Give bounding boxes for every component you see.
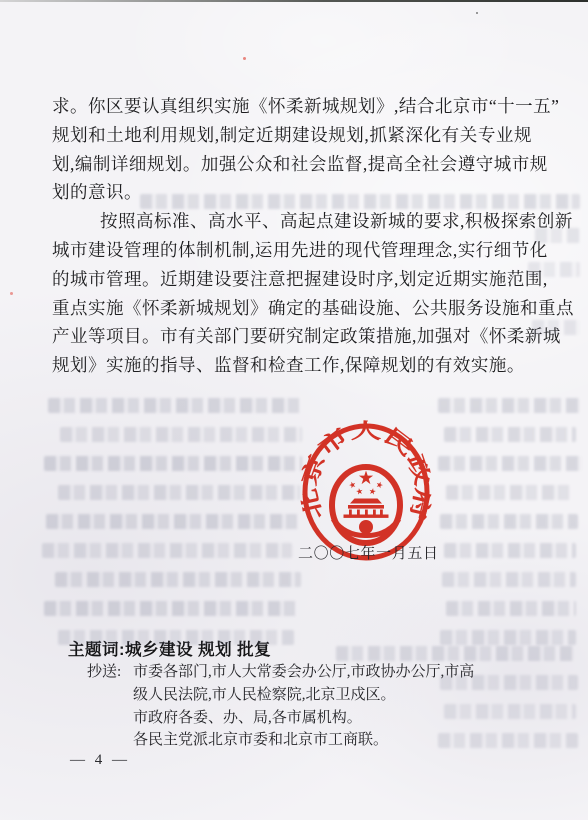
bleedthrough-artifact: [438, 456, 582, 471]
bleedthrough-artifact: [44, 601, 298, 616]
bleedthrough-artifact: [48, 398, 303, 413]
bleedthrough-artifact: [444, 427, 576, 442]
body-line: 城市建设管理的体制机制,运用先进的现代管理理念,实行细节化: [52, 236, 532, 265]
body-text: 求。你区要认真组织实施《怀柔新城规划》,结合北京市“十一五” 规划和土地利用规划…: [52, 92, 532, 380]
document-date: 二〇〇七年一月五日: [298, 544, 438, 564]
body-line: 规划》实施的指导、监督和检查工作,保障规划的有效实施。: [52, 351, 532, 380]
cc-line: 级人民法院,市人民检察院,北京卫戍区。: [133, 684, 537, 707]
scan-speck-artifact: [243, 57, 246, 60]
scan-speck-artifact: [476, 12, 478, 14]
bleedthrough-artifact: [336, 646, 574, 661]
document-page: 求。你区要认真组织实施《怀柔新城规划》,结合北京市“十一五” 规划和土地利用规划…: [0, 0, 588, 820]
bleedthrough-artifact: [440, 514, 578, 529]
bleedthrough-artifact: [446, 601, 576, 616]
bleedthrough-artifact: [438, 398, 580, 413]
subject-terms-line: 主题词:城乡建设 规划 批复: [68, 636, 271, 660]
body-line: 重点实施《怀柔新城规划》确定的基础设施、公共服务设施和重点: [52, 294, 532, 323]
cc-line: 市政府各委、办、局,各市属机构。: [133, 707, 537, 730]
page-number: — 4 —: [70, 752, 130, 769]
body-line: 求。你区要认真组织实施《怀柔新城规划》,结合北京市“十一五”: [52, 92, 532, 121]
body-line: 规划和土地利用规划,制定近期建设规划,抓紧深化有关专业规: [52, 121, 532, 150]
bleedthrough-artifact: [60, 427, 302, 442]
bleedthrough-artifact: [42, 543, 292, 558]
cc-line: 各民主党派北京市委和北京市工商联。: [133, 729, 537, 752]
bleedthrough-artifact: [44, 456, 302, 471]
body-line: 按照高标准、高水平、高起点建设新城的要求,积极探索创新: [52, 207, 532, 236]
bleedthrough-artifact: [446, 485, 574, 500]
cc-line: 市委各部门,市人大常委会办公厅,市政协办公厅,市高: [133, 661, 537, 684]
body-line: 划,编制详细规划。加强公众和社会监督,提高全社会遵守城市规: [52, 150, 532, 179]
scan-edge-artifact: [0, 0, 588, 2]
body-line: 划的意识。: [52, 178, 532, 207]
cc-label: 抄送:: [87, 661, 121, 684]
cc-block: 抄送: 市委各部门,市人大常委会办公厅,市政协办公厅,市高 级人民法院,市人民检…: [87, 661, 537, 752]
bleedthrough-artifact: [440, 630, 576, 645]
bleedthrough-artifact: [442, 572, 576, 587]
bleedthrough-artifact: [444, 543, 576, 558]
bleedthrough-artifact: [55, 572, 301, 587]
scan-speck-artifact: [10, 292, 13, 295]
bleedthrough-artifact: [46, 514, 300, 529]
body-line: 的城市管理。近期建设要注意把握建设时序,划定近期实施范围,: [52, 265, 532, 294]
national-emblem-icon: [332, 467, 400, 543]
body-line: 产业等项目。市有关部门要研究制定政策措施,加强对《怀柔新城: [52, 322, 532, 351]
bleedthrough-artifact: [58, 485, 300, 500]
